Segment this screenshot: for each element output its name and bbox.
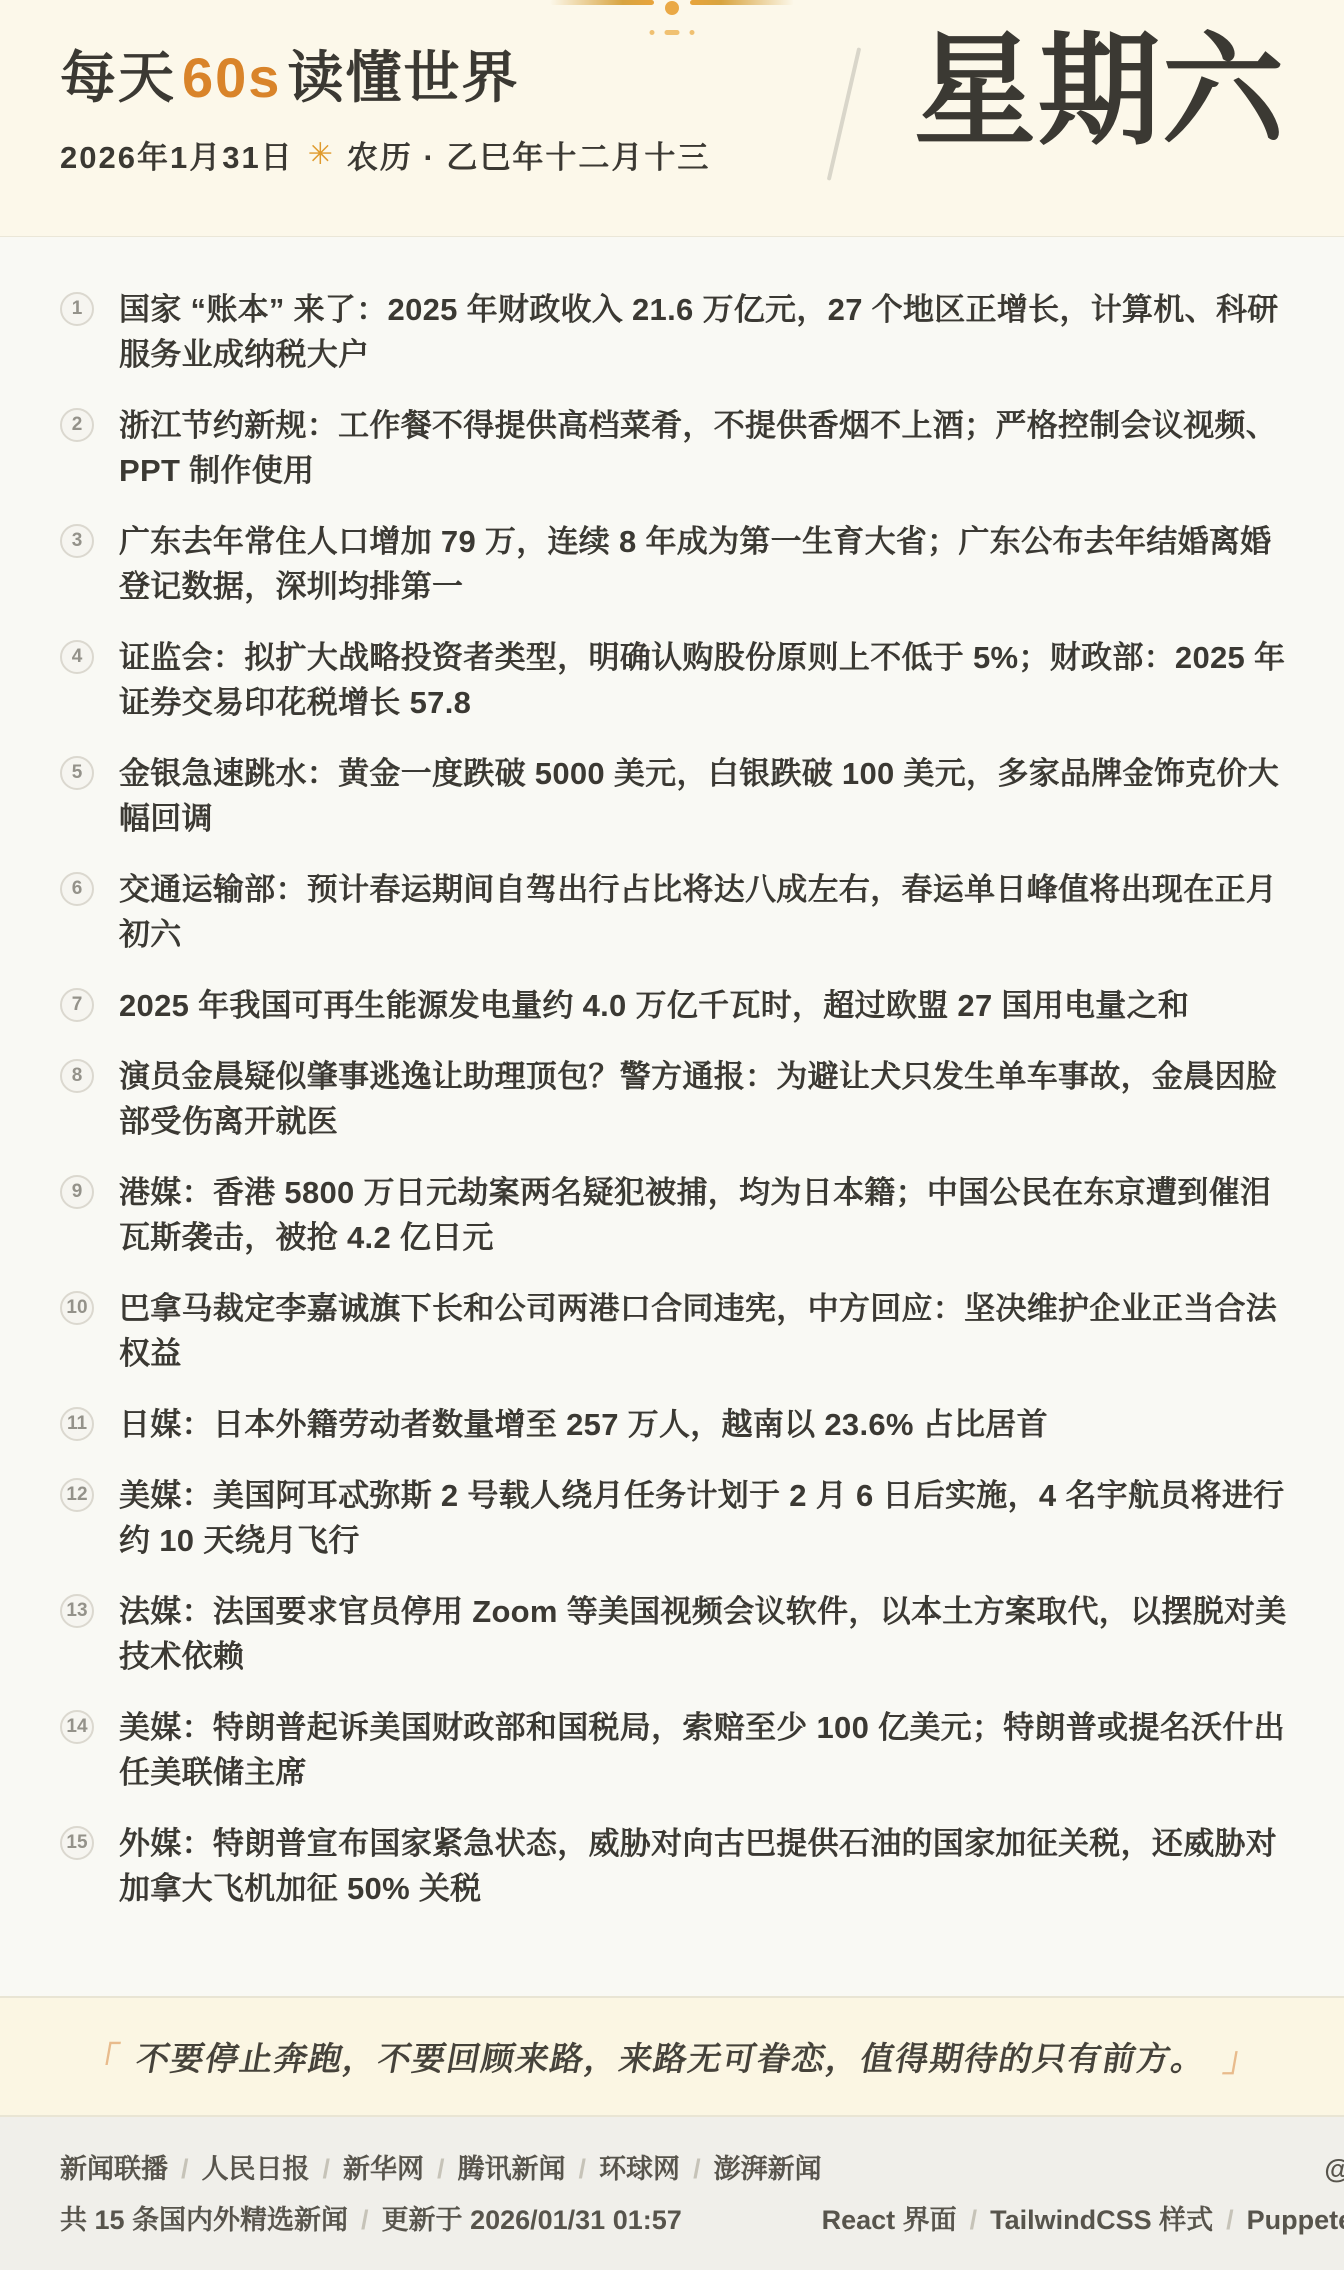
separator-slash: / <box>579 2154 587 2184</box>
news-item-text: 港媒：香港 5800 万日元劫案两名疑犯被捕，均为日本籍；中国公民在东京遭到催泪… <box>119 1170 1294 1260</box>
news-item-number: 10 <box>60 1291 94 1325</box>
separator-slash: / <box>323 2154 331 2184</box>
title-prefix: 每天 <box>60 46 176 109</box>
news-item-text: 法媒：法国要求官员停用 Zoom 等美国视频会议软件，以本土方案取代，以摆脱对美… <box>119 1589 1294 1679</box>
news-item-number: 3 <box>60 524 94 558</box>
news-item-number: 12 <box>60 1478 94 1512</box>
footer-stats: 共 15 条国内外精选新闻/更新于 2026/01/31 01:57 <box>60 2206 822 2236</box>
news-item-number: 9 <box>60 1175 94 1209</box>
news-item-text: 浙江节约新规：工作餐不得提供高档菜肴，不提供香烟不上酒；严格控制会议视频、PPT… <box>119 403 1294 493</box>
news-item: 9 港媒：香港 5800 万日元劫案两名疑犯被捕，均为日本籍；中国公民在东京遭到… <box>60 1170 1294 1260</box>
mini-dot-icon <box>690 30 695 35</box>
news-item-text: 外媒：特朗普宣布国家紧急状态，威胁对向古巴提供石油的国家加征关税，还威胁对加拿大… <box>119 1821 1294 1911</box>
news-list: 1 国家 “账本” 来了：2025 年财政收入 21.6 万亿元，27 个地区正… <box>60 287 1294 1911</box>
news-item: 6 交通运输部：预计春运期间自驾出行占比将达八成左右，春运单日峰值将出现在正月初… <box>60 867 1294 957</box>
news-item-number: 6 <box>60 872 94 906</box>
news-item-number: 15 <box>60 1826 94 1860</box>
footer-left: 新闻联播/人民日报/新华网/腾讯新闻/环球网/澎湃新闻 共 15 条国内外精选新… <box>60 2155 822 2256</box>
quote-close-bracket: 」 <box>1220 2032 1263 2081</box>
news-item-text: 金银急速跳水：黄金一度跌破 5000 美元，白银跌破 100 美元，多家品牌金饰… <box>119 751 1294 841</box>
news-item-number: 11 <box>60 1407 94 1441</box>
mini-dot-icon <box>650 30 655 35</box>
ornament-dots-row <box>650 30 695 35</box>
news-item: 8 演员金晨疑似肇事逃逸让助理顶包？警方通报：为避让犬只发生单车事故，金晨因脸部… <box>60 1054 1294 1144</box>
news-item-text: 交通运输部：预计春运期间自驾出行占比将达八成左右，春运单日峰值将出现在正月初六 <box>119 867 1294 957</box>
news-section: 1 国家 “账本” 来了：2025 年财政收入 21.6 万亿元，27 个地区正… <box>0 237 1344 1996</box>
footer-tech-stack: React 界面/TailwindCSS 样式/Puppeteer 渲染/抖音美… <box>822 2206 1344 2236</box>
news-item: 13 法媒：法国要求官员停用 Zoom 等美国视频会议软件，以本土方案取代，以摆… <box>60 1589 1294 1679</box>
news-item-number: 5 <box>60 756 94 790</box>
news-item: 2 浙江节约新规：工作餐不得提供高档菜肴，不提供香烟不上酒；严格控制会议视频、P… <box>60 403 1294 493</box>
news-item: 12 美媒：美国阿耳忒弥斯 2 号载人绕月任务计划于 2 月 6 日后实施，4 … <box>60 1473 1294 1563</box>
title-highlight: 60s <box>176 46 287 109</box>
news-item-number: 7 <box>60 988 94 1022</box>
news-item: 15 外媒：特朗普宣布国家紧急状态，威胁对向古巴提供石油的国家加征关税，还威胁对… <box>60 1821 1294 1911</box>
ornament-line-right-icon <box>690 0 794 5</box>
news-item: 10 巴拿马裁定李嘉诚旗下长和公司两港口合同违宪，中方回应：坚决维护企业正当合法… <box>60 1286 1294 1376</box>
news-item-number: 1 <box>60 292 94 326</box>
separator-slash: / <box>693 2154 701 2184</box>
news-item-number: 2 <box>60 408 94 442</box>
title-suffix: 读懂世界 <box>287 46 519 109</box>
mini-dash-icon <box>665 30 680 35</box>
news-item: 14 美媒：特朗普起诉美国财政部和国税局，索赔至少 100 亿美元；特朗普或提名… <box>60 1705 1294 1795</box>
news-item-text: 证监会：拟扩大战略投资者类型，明确认购股份原则上不低于 5%；财政部：2025 … <box>119 635 1294 725</box>
news-item-text: 美媒：美国阿耳忒弥斯 2 号载人绕月任务计划于 2 月 6 日后实施，4 名宇航… <box>119 1473 1294 1563</box>
footer: 新闻联播/人民日报/新华网/腾讯新闻/环球网/澎湃新闻 共 15 条国内外精选新… <box>0 2117 1344 2270</box>
header: 每天60s读懂世界 2026年1月31日 ✳ 农历 · 乙巳年十二月十三 星期六 <box>0 0 1344 237</box>
separator-slash: / <box>1226 2205 1234 2235</box>
footer-github-handle: @GitHub vikiboss/60s <box>822 2155 1344 2185</box>
news-item-number: 8 <box>60 1059 94 1093</box>
news-item-text: 国家 “账本” 来了：2025 年财政收入 21.6 万亿元，27 个地区正增长… <box>119 287 1294 377</box>
news-item-text: 美媒：特朗普起诉美国财政部和国税局，索赔至少 100 亿美元；特朗普或提名沃什出… <box>119 1705 1294 1795</box>
ornament-line-left-icon <box>550 0 654 5</box>
news-item: 3 广东去年常住人口增加 79 万，连续 8 年成为第一生育大省；广东公布去年结… <box>60 519 1294 609</box>
news-item-text: 广东去年常住人口增加 79 万，连续 8 年成为第一生育大省；广东公布去年结婚离… <box>119 519 1294 609</box>
asterisk-icon: ✳ <box>308 137 333 172</box>
separator-slash: / <box>970 2205 978 2235</box>
news-digest-card: 每天60s读懂世界 2026年1月31日 ✳ 农历 · 乙巳年十二月十三 星期六… <box>0 0 1344 2270</box>
news-item-text: 巴拿马裁定李嘉诚旗下长和公司两港口合同违宪，中方回应：坚决维护企业正当合法权益 <box>119 1286 1294 1376</box>
weekday-label: 星期六 <box>914 30 1286 152</box>
news-item: 11 日媒：日本外籍劳动者数量增至 257 万人，越南以 23.6% 占比居首 <box>60 1402 1294 1447</box>
news-item-number: 14 <box>60 1710 94 1744</box>
footer-right: @GitHub vikiboss/60s React 界面/TailwindCS… <box>822 2155 1344 2256</box>
news-item: 4 证监会：拟扩大战略投资者类型，明确认购股份原则上不低于 5%；财政部：202… <box>60 635 1294 725</box>
lunar-date: 农历 · 乙巳年十二月十三 <box>347 132 711 177</box>
news-item-number: 13 <box>60 1594 94 1628</box>
news-item-text: 演员金晨疑似肇事逃逸让助理顶包？警方通报：为避让犬只发生单车事故，金晨因脸部受伤… <box>119 1054 1294 1144</box>
separator-slash: / <box>361 2205 369 2235</box>
ornament-dot-icon <box>665 1 679 15</box>
news-item-text: 2025 年我国可再生能源发电量约 4.0 万亿千瓦时，超过欧盟 27 国用电量… <box>119 983 1189 1028</box>
news-item-text: 日媒：日本外籍劳动者数量增至 257 万人，越南以 23.6% 占比居首 <box>119 1402 1048 1447</box>
quote-inner: 「 不要停止奔跑，不要回顾来路，来路无可眷恋，值得期待的只有前方。 」 <box>63 2032 1281 2081</box>
news-item-number: 4 <box>60 640 94 674</box>
gregorian-date: 2026年1月31日 <box>60 132 294 177</box>
news-item: 7 2025 年我国可再生能源发电量约 4.0 万亿千瓦时，超过欧盟 27 国用… <box>60 983 1294 1028</box>
quote-band: 「 不要停止奔跑，不要回顾来路，来路无可眷恋，值得期待的只有前方。 」 <box>0 1996 1344 2117</box>
quote-text: 不要停止奔跑，不要回顾来路，来路无可眷恋，值得期待的只有前方。 <box>133 2033 1211 2080</box>
quote-open-bracket: 「 <box>81 2032 124 2081</box>
news-item: 1 国家 “账本” 来了：2025 年财政收入 21.6 万亿元，27 个地区正… <box>60 287 1294 377</box>
footer-sources: 新闻联播/人民日报/新华网/腾讯新闻/环球网/澎湃新闻 <box>60 2155 822 2185</box>
separator-slash: / <box>437 2154 445 2184</box>
separator-slash: / <box>181 2154 189 2184</box>
news-item: 5 金银急速跳水：黄金一度跌破 5000 美元，白银跌破 100 美元，多家品牌… <box>60 751 1294 841</box>
